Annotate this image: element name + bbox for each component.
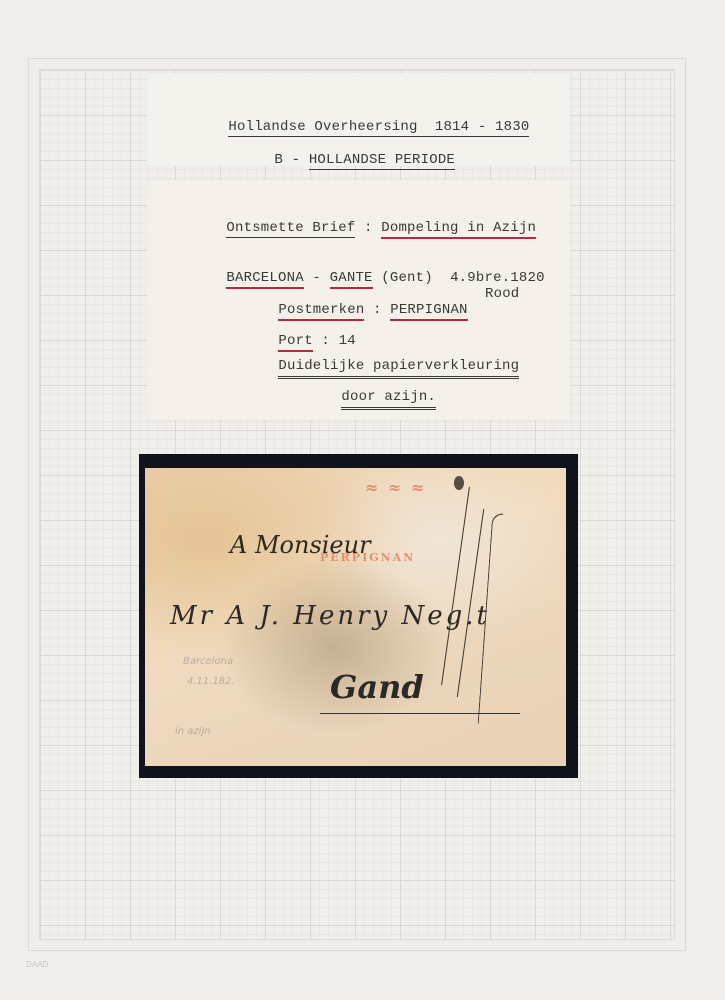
pencil-note-3: in azijn xyxy=(175,726,211,737)
pencil-note-1: Barcelona xyxy=(183,656,233,667)
city-underline xyxy=(320,713,520,714)
note-line-2: door azijn. xyxy=(307,373,436,421)
address-line-2: Mr A J. Henry Neg.t xyxy=(170,601,490,631)
header-label: Hollandse Overheersing 1814 - 1830 B - H… xyxy=(147,73,570,166)
description-label: Ontsmette Brief : Dompeling in Azijn BAR… xyxy=(147,180,570,420)
page-id: DAAD xyxy=(26,960,48,969)
address-line-1: A Monsieur xyxy=(230,531,371,559)
postmark-color: Rood xyxy=(485,286,519,302)
address-city: Gand xyxy=(330,668,424,706)
postal-cover-image: ≈ ≈ ≈ PERPIGNAN A Monsieur Mr A J. Henry… xyxy=(145,468,566,766)
pencil-note-2: 4.11.182. xyxy=(187,676,235,687)
ink-blot xyxy=(454,476,464,490)
rate-stroke-1 xyxy=(441,487,470,685)
red-postmark-top: ≈ ≈ ≈ xyxy=(365,478,426,497)
header-subtitle: B - HOLLANDSE PERIODE xyxy=(240,136,455,184)
disinfected-letter-line: Ontsmette Brief : Dompeling in Azijn xyxy=(192,204,536,252)
